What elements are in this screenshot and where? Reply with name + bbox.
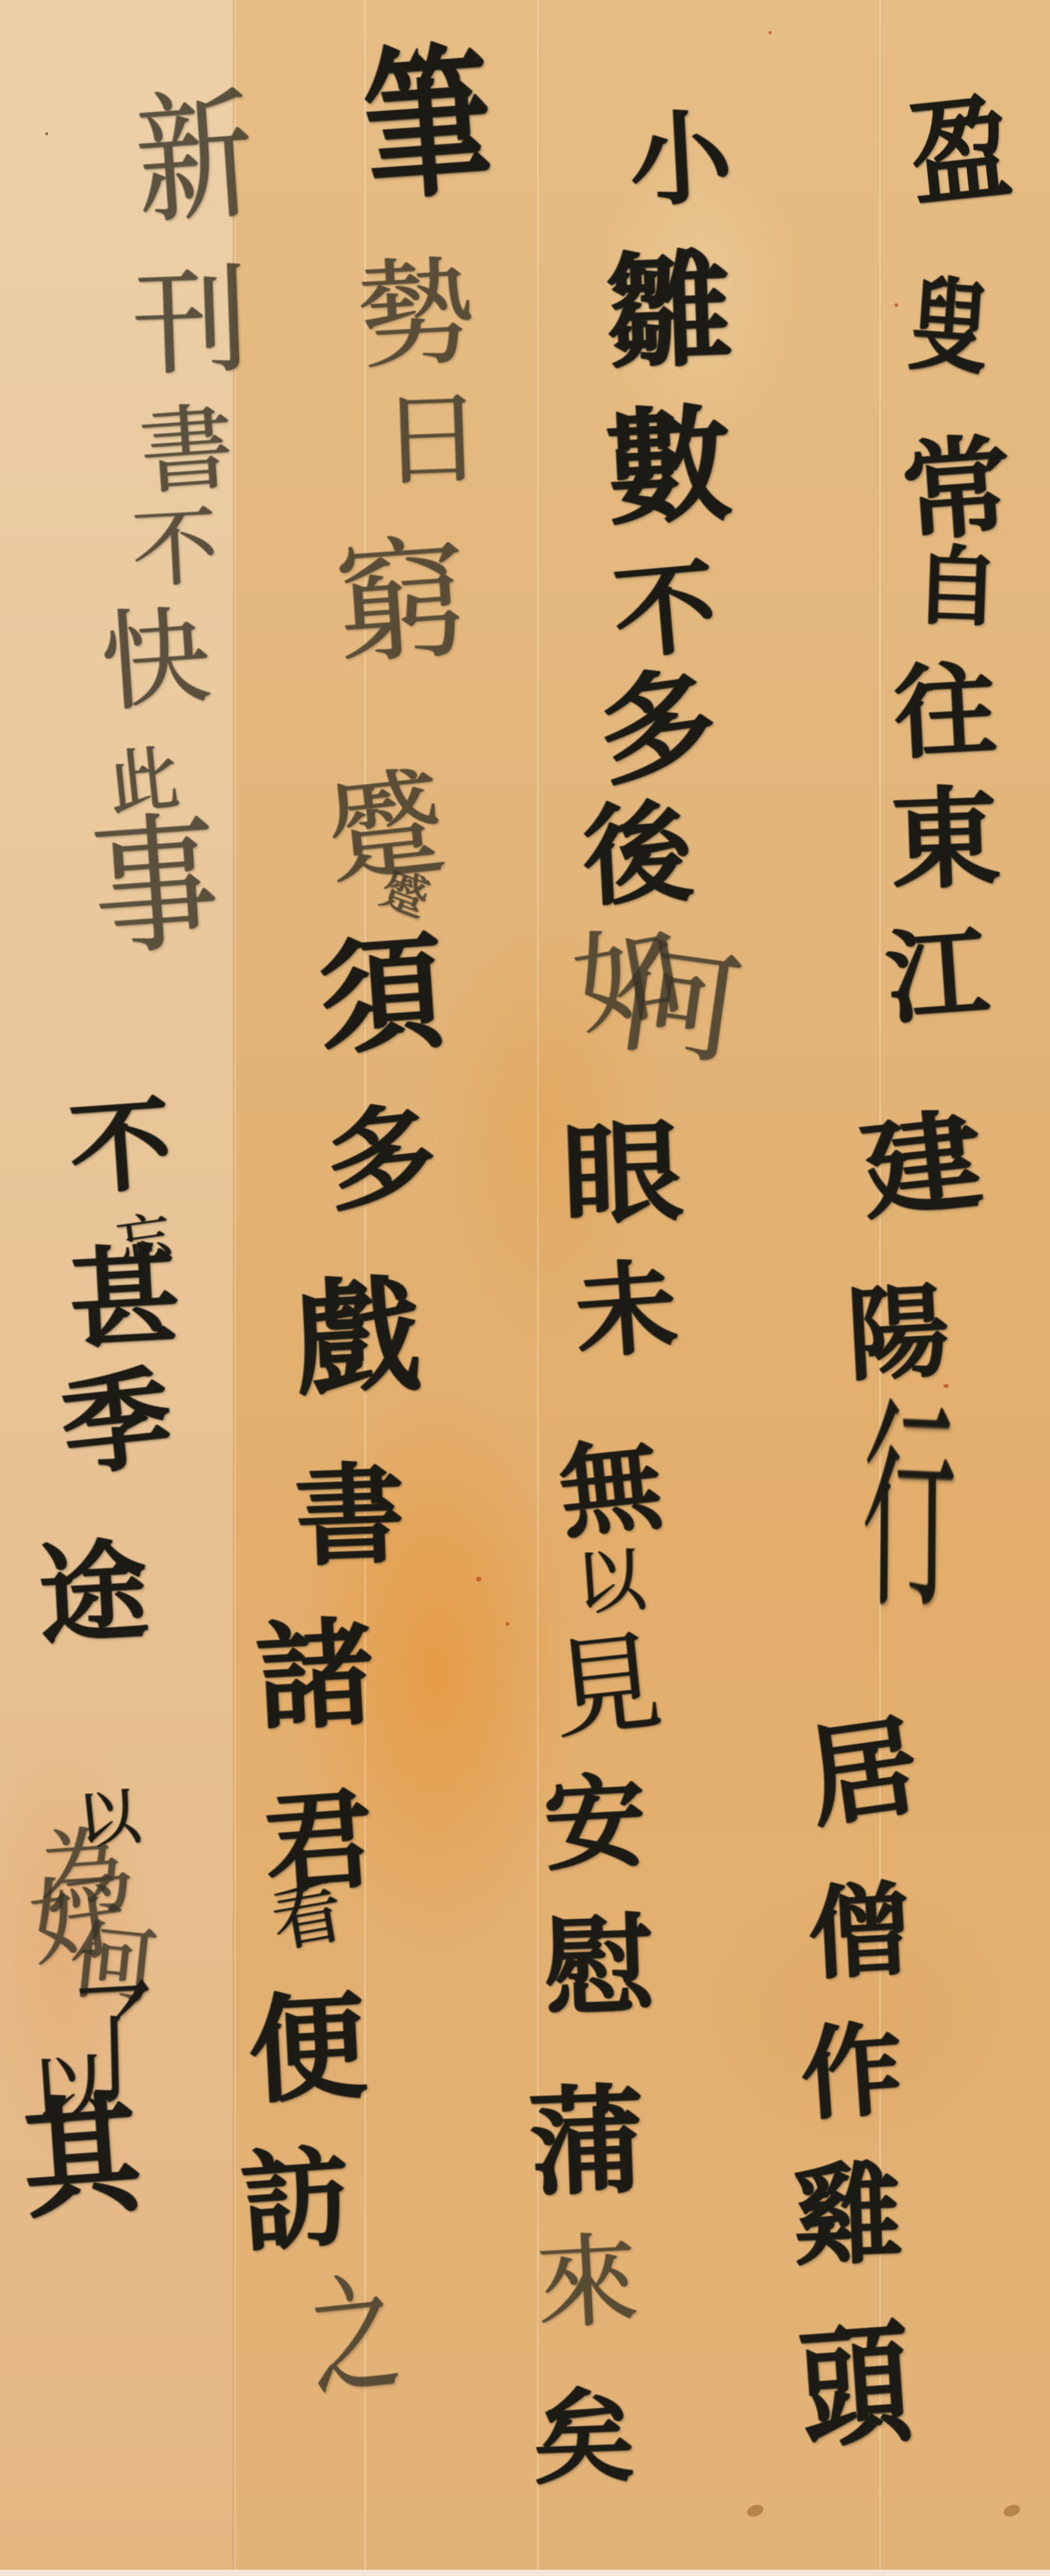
glyph: 事 (88, 808, 222, 966)
glyph: 無 (555, 1434, 667, 1545)
glyph: 不 (611, 556, 720, 666)
glyph: 建 (856, 1106, 987, 1226)
glyph: 叟 (907, 274, 992, 380)
glyph: 雞 (792, 2160, 905, 2273)
glyph: 刊 (130, 262, 250, 383)
glyph: 慰 (543, 1911, 656, 2024)
scroll-bottom-edge (0, 2570, 1050, 2576)
glyph: 蹙 (321, 764, 450, 893)
paper-speck (506, 1622, 509, 1626)
glyph: 矣 (531, 2386, 635, 2490)
paper-stain-mark (745, 2503, 765, 2519)
glyph: 往 (892, 659, 999, 765)
glyph: 窮 (330, 532, 471, 673)
glyph: 盈 (905, 89, 1016, 215)
glyph: 看 (267, 1876, 348, 1957)
glyph: 江 (884, 922, 992, 1030)
glyph: 書 (137, 401, 236, 501)
glyph: 其 (19, 2089, 144, 2225)
glyph: 勢 (355, 253, 478, 376)
glyph: 訪 (237, 2142, 353, 2258)
glyph: 不 (67, 1093, 175, 1201)
glyph: 眼 (561, 1117, 684, 1230)
glyph: 季 (57, 1363, 177, 1483)
glyph: 日 (380, 387, 484, 491)
glyph: 陽 (845, 1281, 952, 1387)
glyph: 甚 (67, 1241, 181, 1355)
glyph: 僧 (807, 1879, 913, 1986)
glyph: 自 (912, 543, 1001, 631)
paper-speck (894, 303, 898, 307)
glyph: 以 (573, 1545, 648, 1620)
glyph: 戲 (292, 1272, 423, 1403)
glyph: 多 (321, 1099, 441, 1218)
glyph: 新 (131, 86, 257, 233)
glyph: 書 (294, 1460, 407, 1573)
glyph: 筆 (360, 40, 495, 210)
glyph: 不 (130, 503, 220, 593)
glyph: 須 (315, 929, 448, 1062)
glyph: 蒲 (527, 2081, 647, 2202)
glyph: 常 (898, 432, 1014, 547)
glyph: 多 (591, 661, 723, 792)
glyph: 便 (246, 1987, 369, 2110)
glyph: 途 (36, 1536, 150, 1651)
glyph: 雛 (604, 246, 733, 375)
paper-stain-mark (1002, 2503, 1021, 2519)
glyph: 小 (628, 107, 734, 213)
glyph: 安 (542, 1770, 649, 1877)
glyph: 何 (607, 933, 747, 1074)
glyph: 之 (305, 2268, 404, 2405)
calligraphy-scroll: 盈 叟 常 自 往 東 江 建 陽 行 居 僧 作 雞 頭 小 雛 數 不 多 … (0, 0, 1050, 2576)
paper-speck (45, 132, 48, 135)
glyph: 後 (580, 798, 695, 912)
paper-speck (768, 31, 772, 34)
glyph: 諸 (254, 1614, 376, 1737)
glyph: 快 (97, 603, 213, 718)
glyph: 數 (604, 401, 734, 532)
glyph: 見 (547, 1627, 667, 1747)
glyph: 頭 (796, 2318, 914, 2455)
glyph: 東 (889, 784, 1002, 897)
glyph: 行 (862, 1397, 957, 1625)
glyph: 居 (802, 1711, 925, 1834)
glyph: 來 (534, 2229, 641, 2336)
paper-speck (476, 1577, 481, 1582)
glyph: 未 (572, 1257, 681, 1365)
glyph: 作 (798, 2019, 906, 2127)
